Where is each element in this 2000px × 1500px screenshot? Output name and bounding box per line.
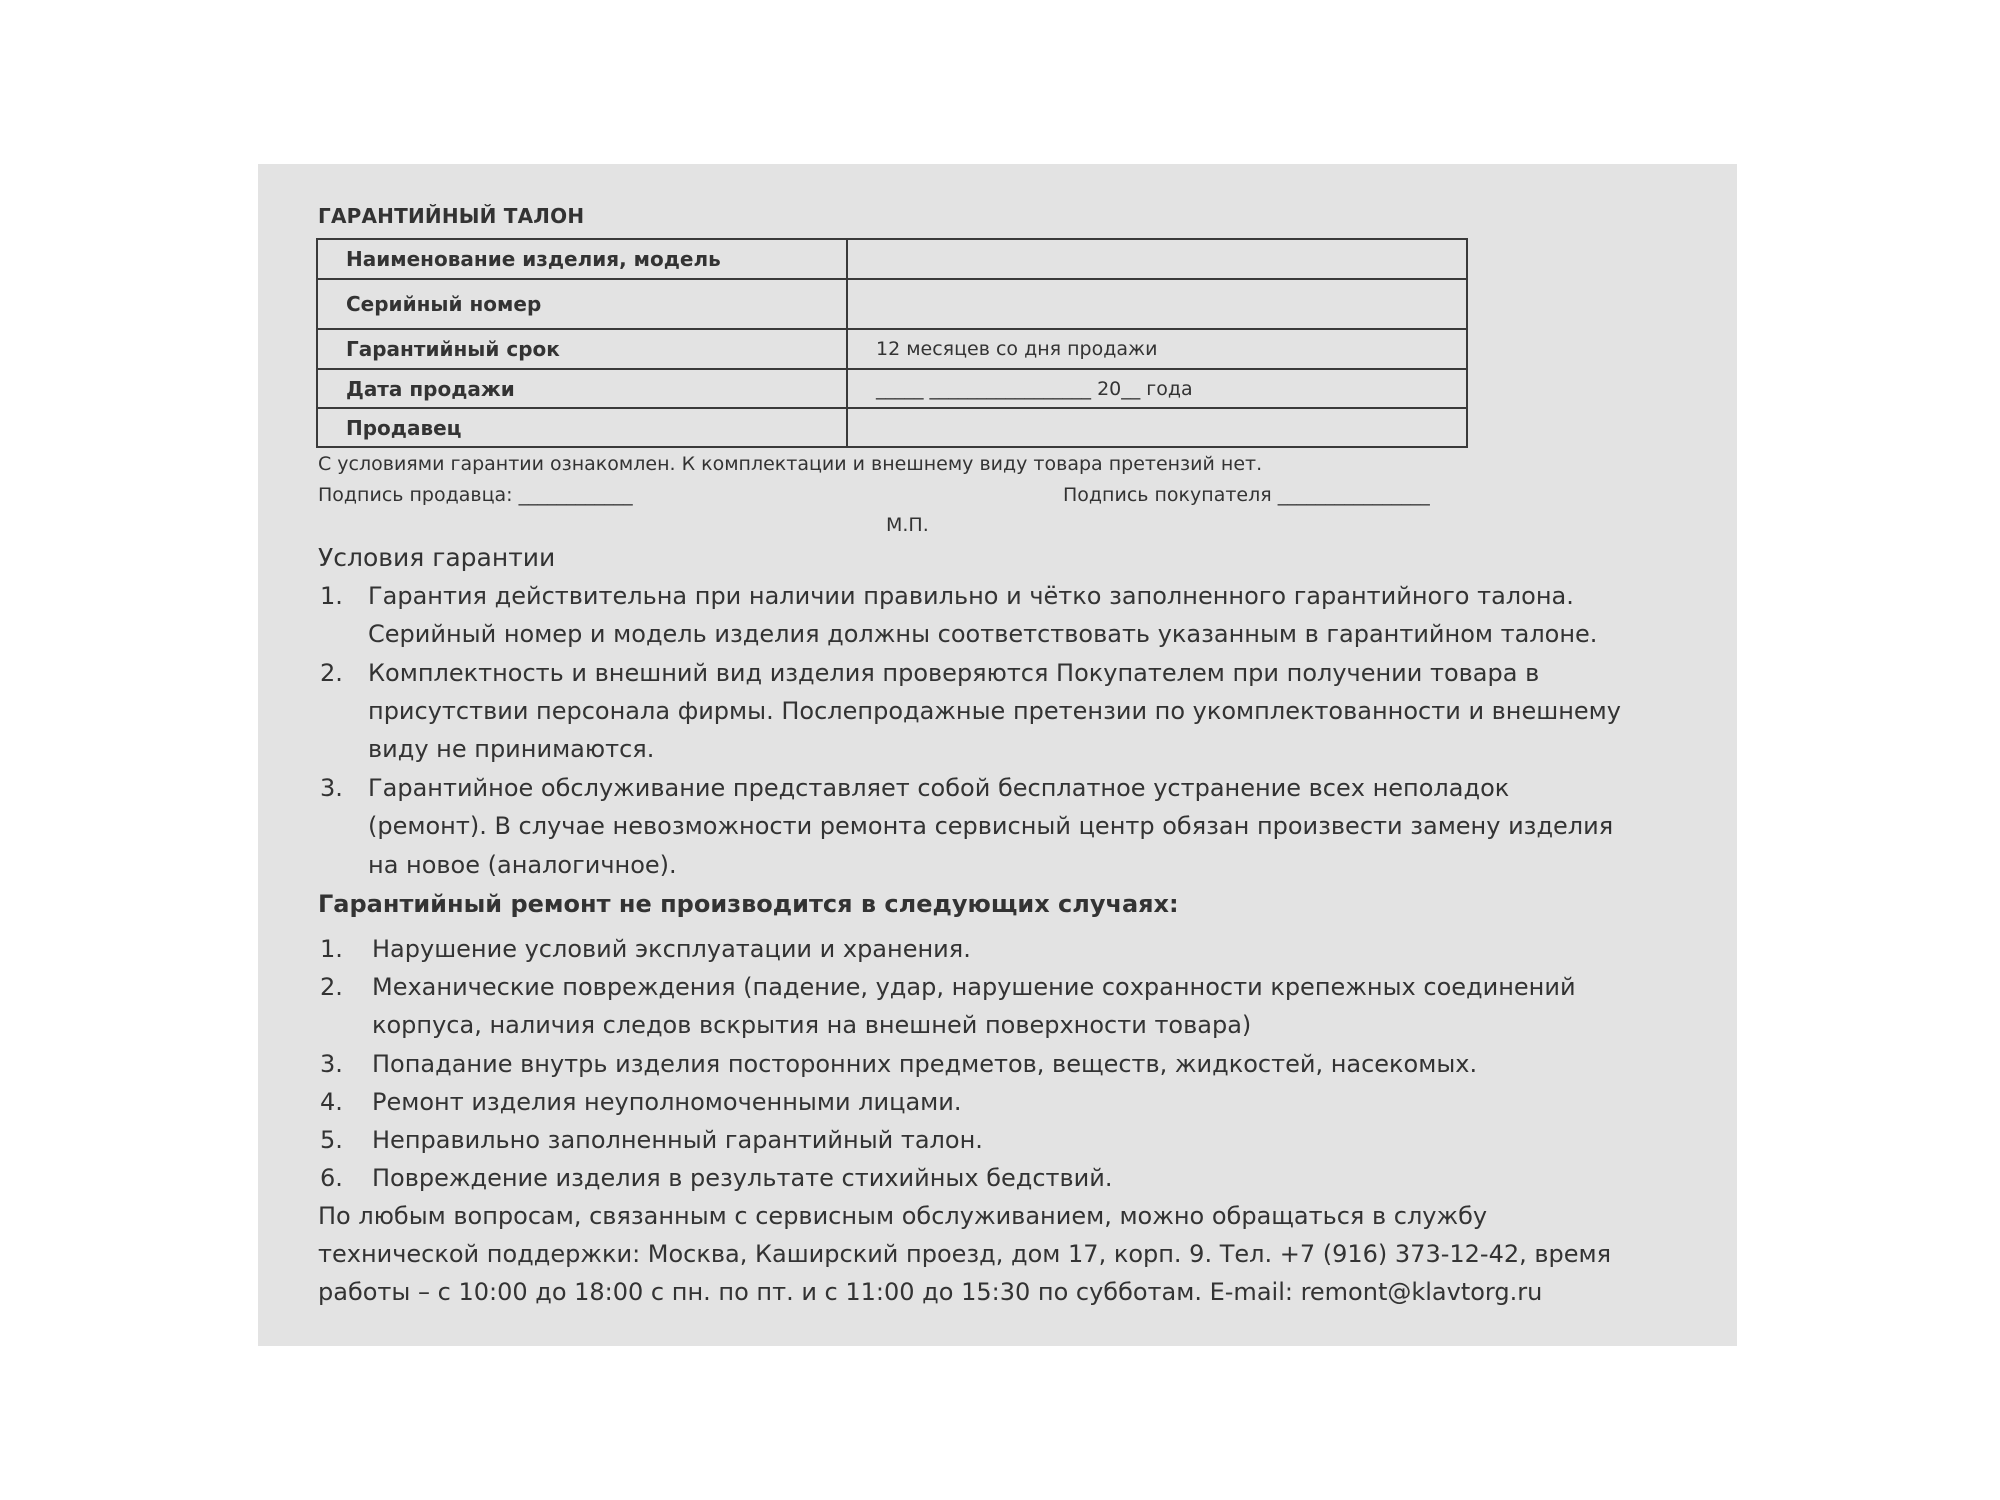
conditions-heading: Условия гарантии (318, 543, 555, 572)
list-number: 1. (320, 935, 343, 963)
list-number: 2. (320, 659, 343, 687)
seller-signature-line: Подпись продавца: ____________ (318, 484, 633, 506)
row-value (847, 239, 1467, 279)
list-number: 6. (320, 1164, 343, 1192)
list-item-line: присутствии персонала фирмы. Послепродаж… (368, 697, 1621, 725)
contact-line: По любым вопросам, связанным с сервисным… (318, 1202, 1487, 1230)
list-item-line: Серийный номер и модель изделия должны с… (368, 620, 1597, 648)
row-value (847, 279, 1467, 329)
contact-line: технической поддержки: Москва, Каширский… (318, 1240, 1611, 1268)
document-title: ГАРАНТИЙНЫЙ ТАЛОН (318, 204, 584, 228)
row-label: Серийный номер (317, 279, 847, 329)
list-item-line: Попадание внутрь изделия посторонних пре… (372, 1050, 1477, 1078)
list-item-line: виду не принимаются. (368, 735, 654, 763)
row-label: Наименование изделия, модель (317, 239, 847, 279)
row-value: _____ _________________ 20__ года (847, 369, 1467, 408)
list-item-line: Повреждение изделия в результате стихийн… (372, 1164, 1113, 1192)
list-item-line: Комплектность и внешний вид изделия пров… (368, 659, 1539, 687)
table-row: Продавец (317, 408, 1467, 447)
list-item-line: Ремонт изделия неуполномоченными лицами. (372, 1088, 962, 1116)
list-number: 1. (320, 582, 343, 610)
list-number: 2. (320, 973, 343, 1001)
acknowledgement-text: С условиями гарантии ознакомлен. К компл… (318, 453, 1262, 475)
warranty-card-page: ГАРАНТИЙНЫЙ ТАЛОН Наименование изделия, … (258, 164, 1737, 1346)
list-item-line: Гарантия действительна при наличии прави… (368, 582, 1574, 610)
list-item-line: на новое (аналогичное). (368, 851, 677, 879)
exclusions-heading: Гарантийный ремонт не производится в сле… (318, 890, 1179, 918)
list-item-line: корпуса, наличия следов вскрытия на внеш… (372, 1011, 1251, 1039)
list-number: 4. (320, 1088, 343, 1116)
row-label: Продавец (317, 408, 847, 447)
list-item-line: (ремонт). В случае невозможности ремонта… (368, 812, 1613, 840)
row-value: 12 месяцев со дня продажи (847, 329, 1467, 369)
table-row: Гарантийный срок 12 месяцев со дня прода… (317, 329, 1467, 369)
row-label: Гарантийный срок (317, 329, 847, 369)
list-item-line: Механические повреждения (падение, удар,… (372, 973, 1576, 1001)
row-value (847, 408, 1467, 447)
list-item-line: Нарушение условий эксплуатации и хранени… (372, 935, 971, 963)
stamp-placeholder: М.П. (886, 514, 929, 536)
row-label: Дата продажи (317, 369, 847, 408)
list-number: 3. (320, 1050, 343, 1078)
table-row: Серийный номер (317, 279, 1467, 329)
table-row: Наименование изделия, модель (317, 239, 1467, 279)
warranty-info-table: Наименование изделия, модель Серийный но… (316, 238, 1468, 448)
contact-line: работы – с 10:00 до 18:00 с пн. по пт. и… (318, 1278, 1542, 1306)
list-item-line: Неправильно заполненный гарантийный тало… (372, 1126, 983, 1154)
list-number: 5. (320, 1126, 343, 1154)
buyer-signature-line: Подпись покупателя ________________ (1063, 484, 1430, 506)
list-item-line: Гарантийное обслуживание представляет со… (368, 774, 1509, 802)
list-number: 3. (320, 774, 343, 802)
table-row: Дата продажи _____ _________________ 20_… (317, 369, 1467, 408)
